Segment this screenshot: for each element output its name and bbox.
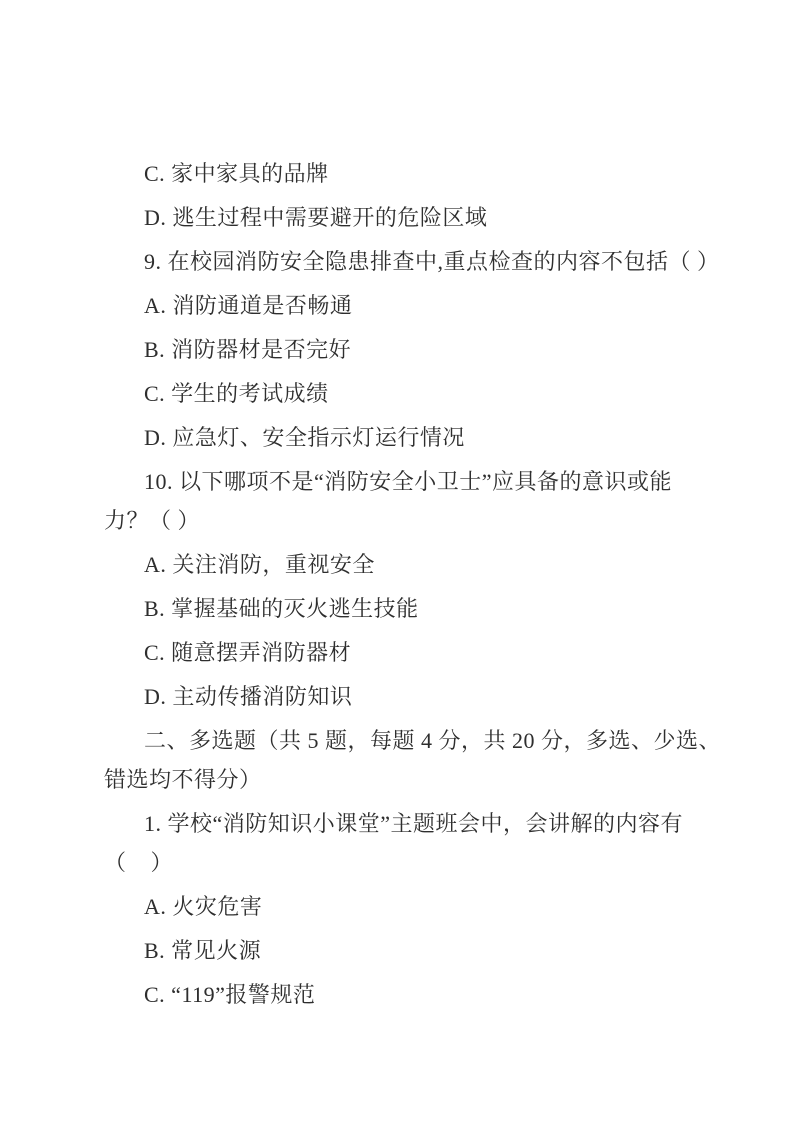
q9-option-d: D. 应急灯、安全指示灯运行情况 [104,418,703,457]
q10-option-d: D. 主动传播消防知识 [104,677,703,716]
document-page: C. 家中家具的品牌 D. 逃生过程中需要避开的危险区域 9. 在校园消防安全隐… [0,0,793,1122]
q9-option-c: C. 学生的考试成绩 [104,374,703,413]
q8-option-c: C. 家中家具的品牌 [104,154,703,193]
section-2-header-line-1: 二、多选题（共 5 题，每题 4 分，共 20 分，多选、少选、 [104,721,703,760]
section-2-header-line-2: 错选均不得分） [104,760,703,799]
q10-option-c: C. 随意摆弄消防器材 [104,633,703,672]
question-10-prompt-line-1: 10. 以下哪项不是“消防安全小卫士”应具备的意识或能 [104,462,703,501]
question-9-prompt: 9. 在校园消防安全隐患排查中,重点检查的内容不包括（ ） [104,242,703,281]
q9-option-b: B. 消防器材是否完好 [104,330,703,369]
mc-question-1-prompt-line-1: 1. 学校“消防知识小课堂”主题班会中，会讲解的内容有 [104,804,703,843]
q10-option-a: A. 关注消防，重视安全 [104,545,703,584]
mcq1-option-b: B. 常见火源 [104,931,703,970]
q10-option-b: B. 掌握基础的灭火逃生技能 [104,589,703,628]
mcq1-option-c: C. “119”报警规范 [104,975,703,1014]
question-10-prompt-line-2: 力？（ ） [104,501,703,540]
mcq1-option-a: A. 火灾危害 [104,887,703,926]
q8-option-d: D. 逃生过程中需要避开的危险区域 [104,198,703,237]
q9-option-a: A. 消防通道是否畅通 [104,286,703,325]
mc-question-1-prompt-line-2: （ ） [104,843,703,882]
